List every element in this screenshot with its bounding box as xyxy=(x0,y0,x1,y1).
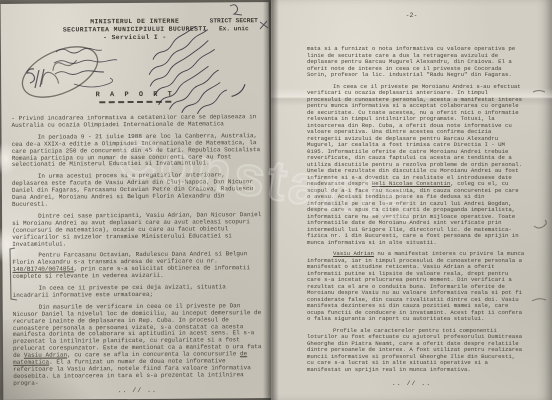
typed-text: In ceea ce il priveste pe Moroianu Andre… xyxy=(307,83,522,188)
typed-paragraph: In ceea ce ii priveste pe cei deja aviza… xyxy=(13,284,263,300)
typed-text: Dintre cei sase participanti, Vasiu Adri… xyxy=(12,211,261,247)
typed-text: In urma acestui proces si a pregatirilor… xyxy=(12,172,253,208)
page-2: -2- mata si a furnizat o nota informativ… xyxy=(271,0,552,400)
handwritten-approval-note xyxy=(52,44,148,92)
typed-paragraph: In urma acestui proces si a pregatirilor… xyxy=(12,172,262,208)
page2-continuation-mark: .. // .. xyxy=(271,380,552,387)
scanned-document: MINISTERUL DE INTERNE SECURITATEA MUNICI… xyxy=(0,0,552,400)
handwritten-edge-marks xyxy=(530,86,550,316)
typed-paragraph: mata si a furnizat o nota informativa cu… xyxy=(307,46,525,79)
handwritten-margin-bracket xyxy=(5,246,19,302)
typed-paragraph: Dintre cei sase participanti, Vasiu Adri… xyxy=(12,212,262,248)
typed-paragraph: In ceea ce il priveste pe Moroianu Andre… xyxy=(307,84,525,247)
typed-paragraph: In perioada 9 - 21 iulie 1988 are loc la… xyxy=(12,133,262,169)
typed-text: , coleg cu el, cu scopul de a-i face rau… xyxy=(307,180,519,246)
typed-paragraph: Din masurile de verificare in ceea ce il… xyxy=(13,303,264,386)
typed-text: mata si a furnizat o nota informativa cu… xyxy=(307,46,515,78)
handwritten-diagonal-note xyxy=(140,26,268,118)
typed-text: In perioada 9 - 21 iulie 1988 are loc la… xyxy=(12,132,261,168)
typed-text: . El a furnizat un numar de doua note in… xyxy=(13,357,251,385)
typed-paragraph: Profile ale caracterelor pentru toti com… xyxy=(307,328,525,374)
typed-paragraph: Pentru Farcasanu Octavian, Radulescu Dan… xyxy=(12,252,262,281)
typed-text: nu a manifestat interes cu privire la mu… xyxy=(307,250,524,322)
handwritten-corner-marks xyxy=(220,2,272,34)
typed-text: Profile ale caracterelor pentru toti com… xyxy=(307,327,522,373)
typed-paragraph: Vasiu Adrian nu a manifestat interes cu … xyxy=(307,251,525,323)
page1-continuation-mark: .. // .. xyxy=(3,386,271,395)
typed-text: In ceea ce ii priveste pe cei deja aviza… xyxy=(13,283,226,298)
handwritten-margin-numeral xyxy=(22,66,48,94)
page-number: -2- xyxy=(271,12,552,19)
page1-body: - Privind incadrarea informativa a cetat… xyxy=(11,114,263,386)
page2-body: mata si a furnizat o nota informativa cu… xyxy=(307,46,525,376)
